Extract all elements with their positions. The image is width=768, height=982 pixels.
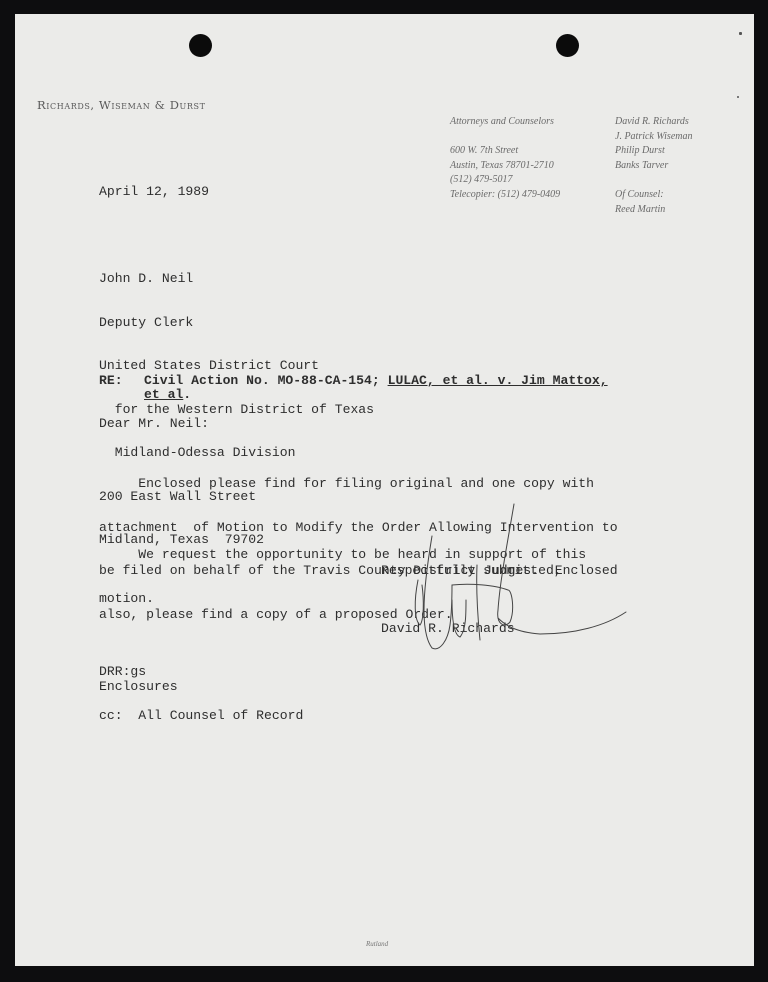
handwritten-signature bbox=[0, 0, 768, 982]
enclosures-note: Enclosures bbox=[99, 680, 178, 695]
cc-line: cc: All Counsel of Record bbox=[99, 709, 303, 724]
typist-initials: DRR:gs bbox=[99, 665, 146, 680]
archive-stamp: Rutland bbox=[366, 940, 388, 948]
